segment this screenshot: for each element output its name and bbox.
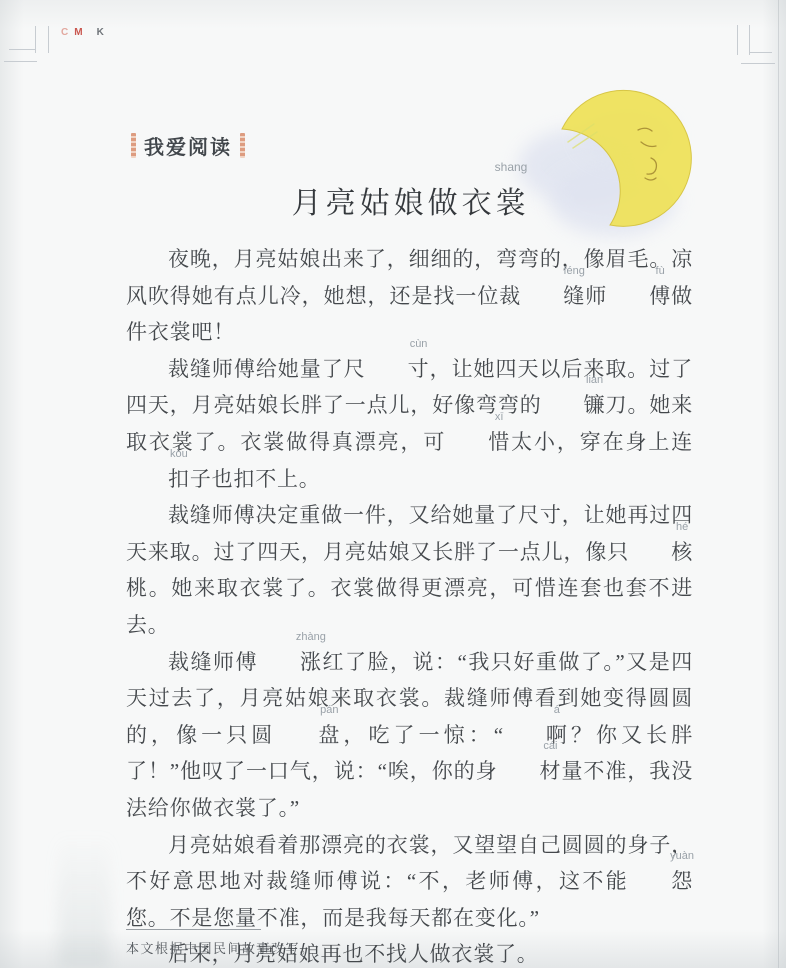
pinyin-annotation: féng (521, 266, 584, 277)
pinyin-annotated-char: shang裳 (496, 178, 527, 222)
crop-mark (35, 26, 36, 53)
footnote-text: 本文根据中国民间故事改写。 (126, 938, 315, 957)
pinyin-annotation: kòu (128, 449, 188, 460)
story-paragraph: 裁缝师傅给她量了尺cùn寸，让她四天以后来取。过了四天，月亮姑娘长胖了一点儿，好… (126, 351, 693, 497)
crop-mark (4, 61, 37, 62)
pinyin-annotated-char: zhàng涨 (258, 644, 322, 681)
section-label-text: 我爱阅读 (144, 131, 232, 160)
pinyin-annotated-char: féng缝 (521, 278, 585, 315)
pinyin-annotation: cái (501, 741, 557, 752)
section-label: 我爱阅读 (131, 131, 245, 160)
story-paragraph: 夜晚，月亮姑娘出来了，细细的，弯弯的，像眉毛。凉风吹得她有点儿冷，她想，还是找一… (126, 241, 693, 351)
printer-mark-letter-k: K (97, 27, 104, 38)
pinyin-annotation: zhàng (254, 632, 326, 643)
pinyin-annotation: á (512, 705, 560, 716)
crop-mark (749, 25, 750, 55)
pinyin-annotation: yuàn (628, 851, 694, 862)
crop-mark (48, 26, 49, 53)
crop-mark (749, 52, 772, 53)
story-body: 夜晚，月亮姑娘出来了，细细的，弯弯的，像眉毛。凉风吹得她有点儿冷，她想，还是找一… (126, 241, 693, 968)
scan-artifact (58, 835, 110, 968)
pinyin-annotated-char: xī惜 (446, 424, 510, 461)
crop-mark (741, 63, 775, 64)
pinyin-annotation: pán (278, 705, 338, 716)
crop-mark (9, 49, 35, 50)
story-paragraph: 裁缝师傅决定重做一件，又给她量了尺寸，让她再过四天来取。过了四天，月亮姑娘又长胖… (126, 497, 693, 643)
footnote-divider (126, 929, 261, 930)
pinyin-annotated-char: lián镰 (542, 387, 606, 424)
pinyin-annotated-char: yuàn怨 (629, 863, 693, 900)
pinyin-annotated-char: pán盘 (276, 717, 340, 754)
story-paragraph: 裁缝师傅zhàng涨红了脸，说：“我只好重做了。”又是四天过去了，月亮姑娘来取衣… (126, 644, 693, 827)
pinyin-annotation: hé (634, 522, 688, 533)
pinyin-annotation: lián (544, 375, 603, 386)
pinyin-annotation: cùn (368, 339, 428, 350)
section-label-bar-left (131, 133, 136, 158)
textbook-page: CMK 我爱阅读 月亮姑娘做衣shang裳 夜晚，月亮姑娘出来了，细细的，弯弯的 (0, 0, 786, 968)
pinyin-annotation: shang (495, 162, 528, 173)
crop-mark (737, 25, 738, 55)
pinyin-annotated-char: fù傅 (607, 278, 671, 315)
page-edge (778, 0, 779, 968)
pinyin-annotated-char: hé核 (629, 534, 693, 571)
printer-mark-letters: CMK (61, 27, 110, 39)
story-paragraph: 月亮姑娘看着那漂亮的衣裳，又望望自己圆圆的身子，不好意思地对裁缝师傅说：“不，老… (126, 827, 693, 937)
pinyin-annotation: fù (614, 266, 665, 277)
printer-mark-letter-c: C (61, 27, 68, 38)
page-title: 月亮姑娘做衣shang裳 (126, 178, 692, 222)
pinyin-annotated-char: cái材 (498, 753, 562, 790)
pinyin-annotated-char: kòu扣 (126, 461, 190, 498)
section-label-bar-right (240, 133, 245, 158)
pinyin-annotated-char: cùn寸 (366, 351, 430, 388)
printer-mark-letter-m: M (74, 27, 82, 38)
pinyin-annotation: xī (453, 412, 504, 423)
